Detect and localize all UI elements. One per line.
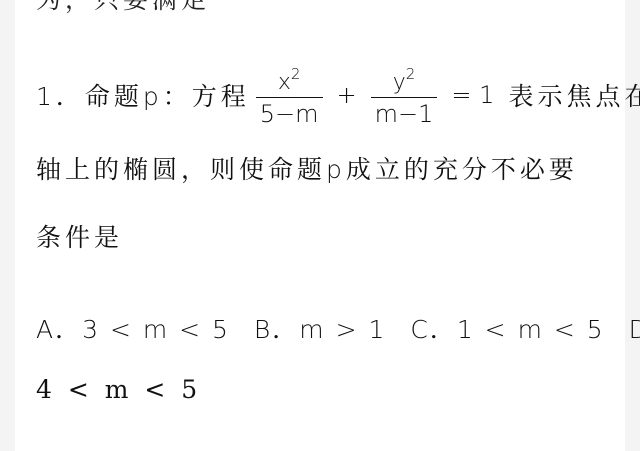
option-c: C．1 < m < 5 [410,315,604,344]
question-line-1: 1． 命题p：方程 x2 5−m + y2 m−1 = 1 表示焦点在y [36,55,640,135]
option-a: A．3 < m < 5 [36,315,230,344]
option-d-label: D． [629,315,640,344]
question-suffix: 表示焦点在y [508,77,640,113]
cropped-previous-line: 为，只要满足 [36,0,210,16]
numerator-exponent: 2 [406,65,416,83]
question-number: 1． [36,77,85,113]
numerator-exponent: 2 [291,65,301,83]
plus-sign: + [337,81,357,109]
document-page: 为，只要满足 1． 命题p：方程 x2 5−m + y2 m−1 = 1 表示焦… [15,0,625,451]
option-d-text: 4 < m < 5 [36,375,201,404]
option-c-text: 1 < m < 5 [457,315,605,344]
options-line: A．3 < m < 5 B．m > 1 C．1 < m < 5 D． [36,310,640,346]
option-a-label: A． [36,315,82,344]
option-a-text: 3 < m < 5 [82,315,230,344]
equals-one: = 1 [451,81,494,109]
denominator: 5−m [256,98,323,130]
fraction-x-squared: x2 5−m [256,60,323,131]
option-b-label: B． [254,315,299,344]
option-c-label: C． [410,315,456,344]
numerator-var: y [393,70,406,95]
denominator: m−1 [371,98,438,130]
question-line-2: 轴上的椭圆，则使命题p成立的充分不必要 [36,150,578,186]
option-b-text: m > 1 [299,315,386,344]
question-prefix: 命题p：方程 [85,77,250,113]
numerator-var: x [278,70,291,95]
option-b: B．m > 1 [254,315,386,344]
fraction-y-squared: y2 m−1 [371,60,438,131]
question-line-3: 条件是 [36,218,123,254]
